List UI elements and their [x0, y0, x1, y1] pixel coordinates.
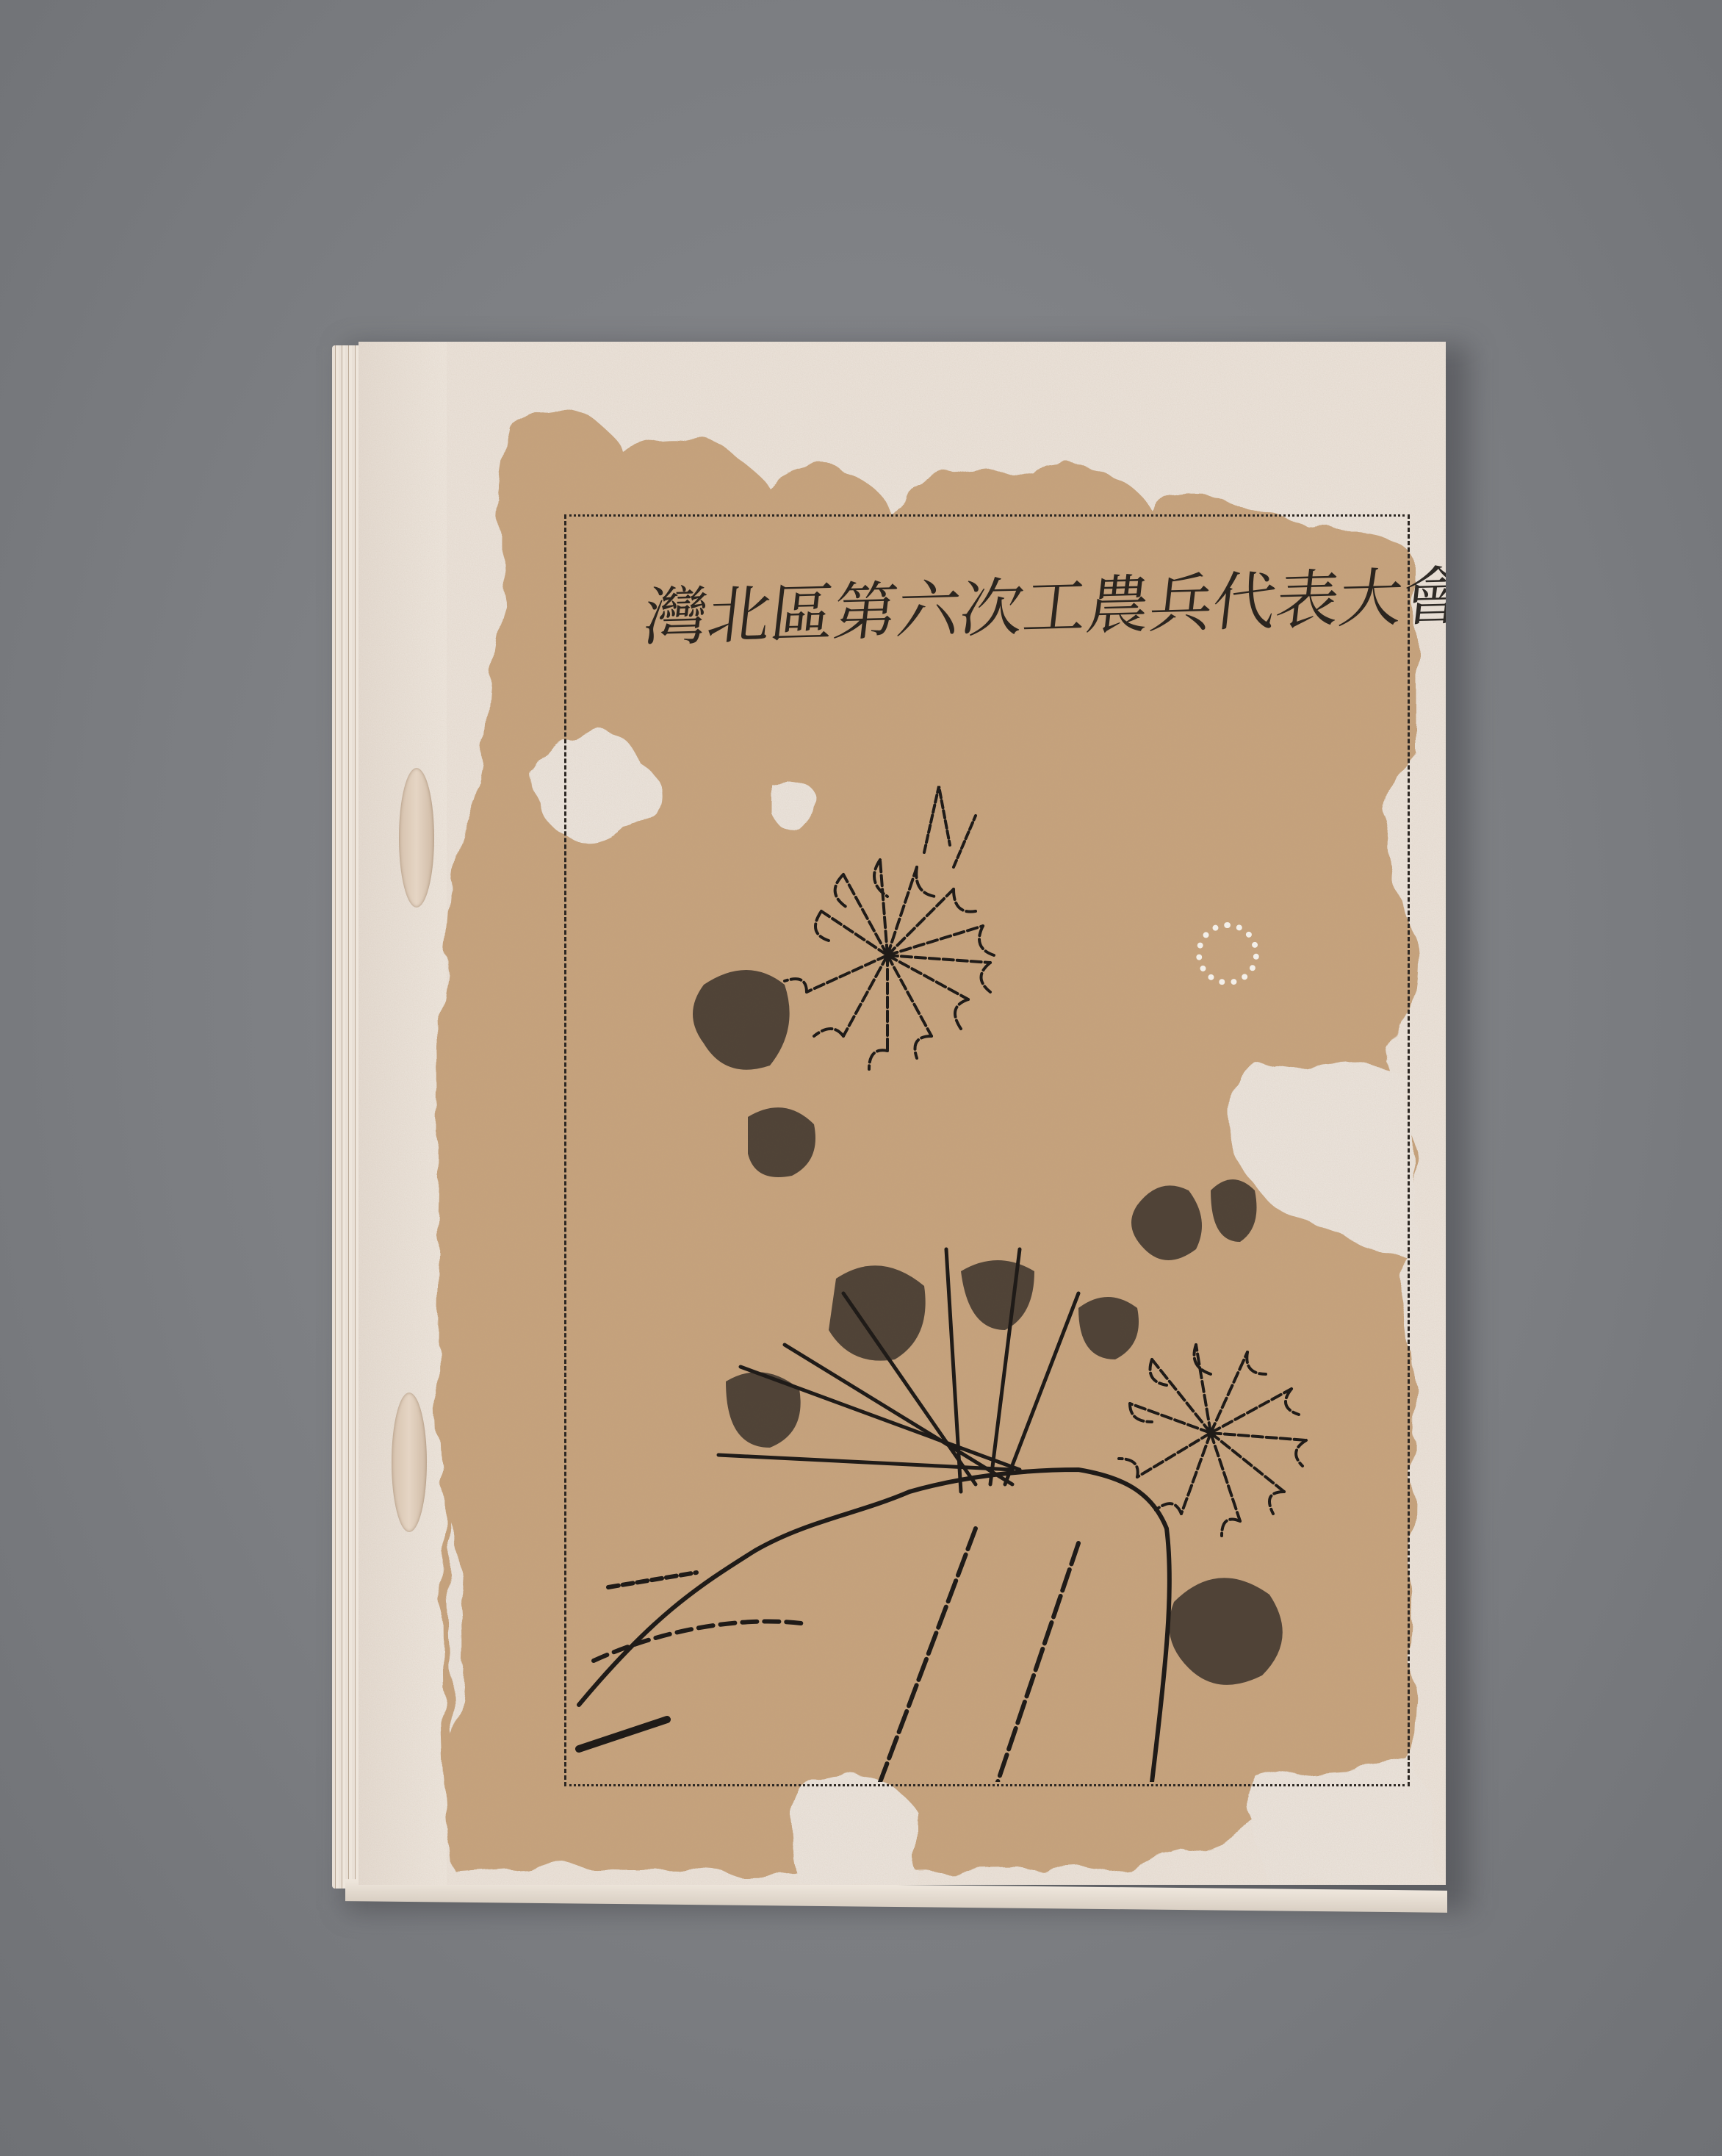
leaf: [1169, 1578, 1282, 1685]
leaf: [693, 970, 790, 1070]
binding-hole-bottom: [392, 1393, 427, 1532]
leaf: [1211, 1179, 1257, 1242]
leaf: [961, 1260, 1034, 1330]
rock-crack: [608, 1573, 696, 1587]
flower-lower: [1119, 1345, 1306, 1536]
rock-crack: [880, 1528, 976, 1782]
rock-outline: [579, 1470, 1170, 1782]
pamphlet-cover: 灣 北 區 第 六 次 工 農 兵 代 表 大 會 議 集: [359, 342, 1446, 1885]
chrysanthemum-illustration: [564, 514, 1405, 1782]
flower-upper: [785, 786, 994, 1069]
leaf: [748, 1107, 815, 1177]
rock-crack: [579, 1720, 667, 1749]
leaf: [1078, 1297, 1139, 1359]
binding-hole-top: [399, 768, 434, 908]
page-edges-left: [332, 345, 361, 1889]
leaf: [829, 1265, 926, 1360]
rock-crack: [998, 1543, 1078, 1782]
leaf: [1131, 1185, 1202, 1260]
